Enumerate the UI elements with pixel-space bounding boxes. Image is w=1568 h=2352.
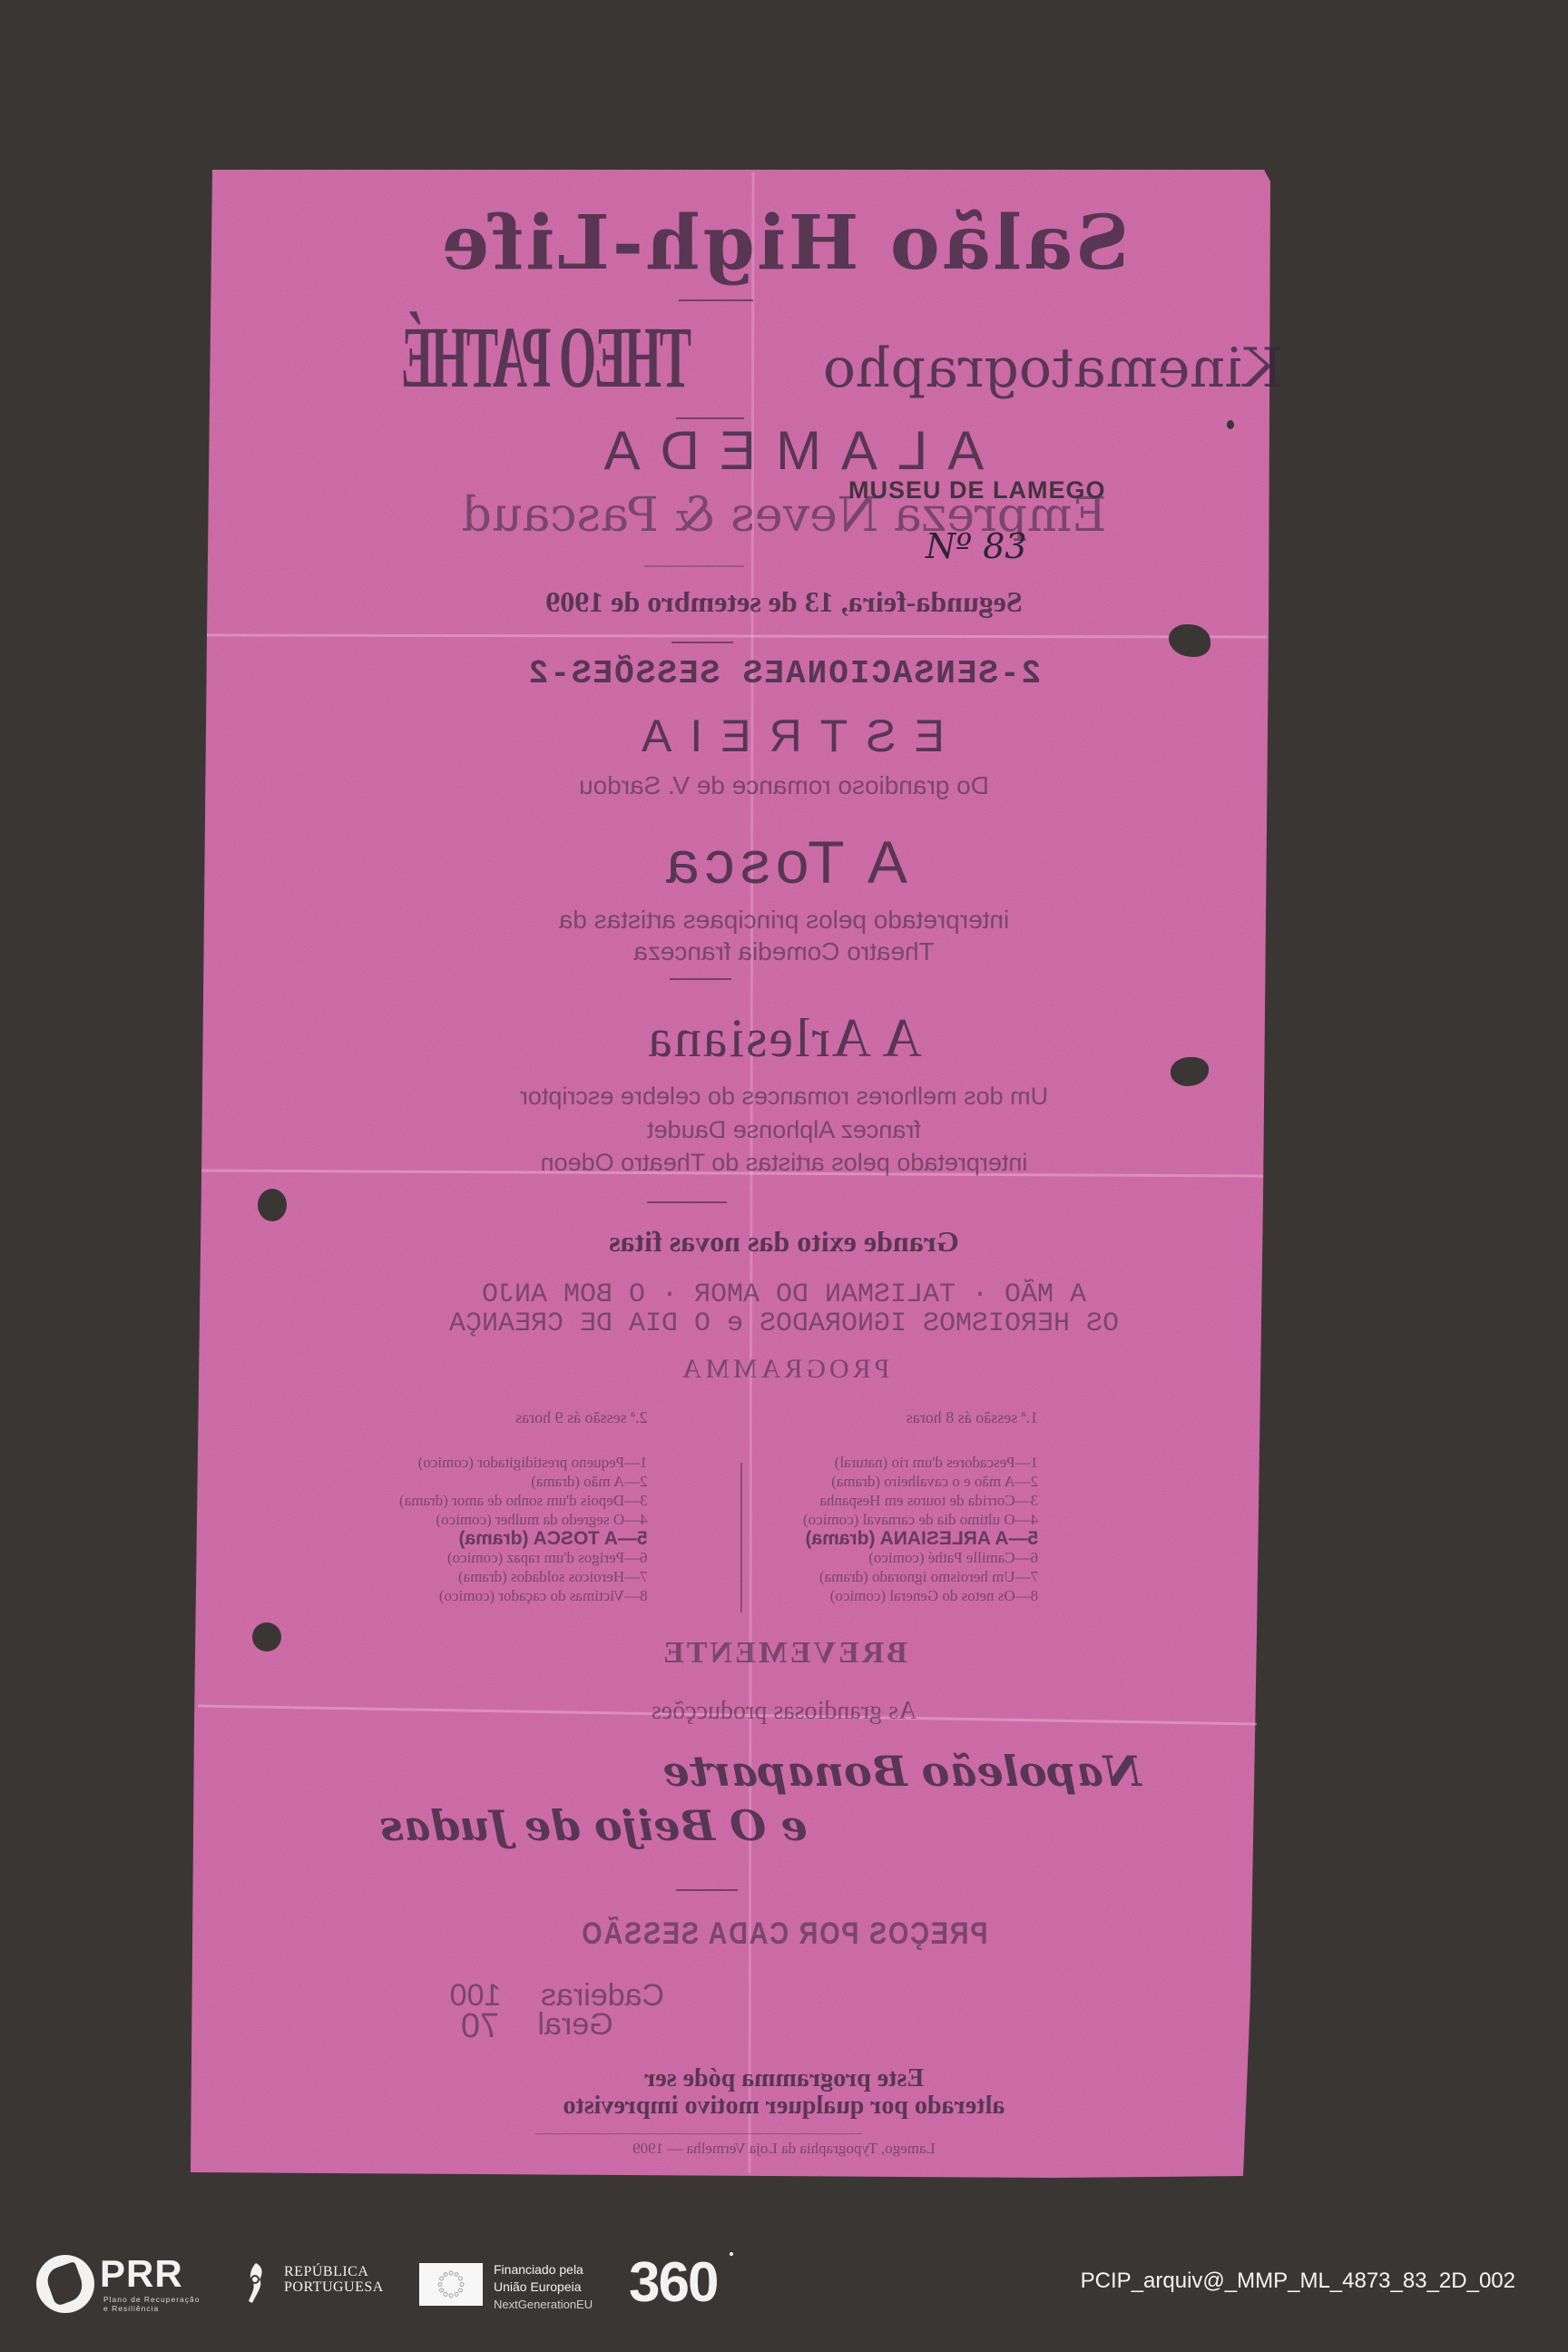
divider bbox=[670, 978, 731, 980]
session-2-item: 3—Depois d'um sonho de amor (drama) bbox=[399, 1491, 648, 1510]
session-1-item: 1—Pescadores d'um rio (natural) bbox=[803, 1453, 1038, 1472]
shortly-heading: BREVEMENTE bbox=[0, 1636, 1568, 1671]
prr-subtitle-line-2: e Resiliência bbox=[103, 2304, 200, 2313]
divider bbox=[535, 2133, 862, 2134]
upcoming-film-2: e O Beijo de Judas bbox=[0, 1801, 1377, 1850]
republica-portuguesa-emblem-icon bbox=[245, 2261, 265, 2305]
eu-line-2: União Europeia bbox=[494, 2278, 593, 2296]
programme-heading: PROGRAMMA bbox=[0, 1354, 1568, 1385]
subtitle-prefix: Kinematographo bbox=[823, 337, 1283, 400]
funding-footer: PRR Plano de Recuperação e Resiliência R… bbox=[0, 2214, 1568, 2352]
films-line-2: OS HEROISMOS IGNORADOS e O DIA DE CREANÇ… bbox=[0, 1308, 1568, 1339]
tosca-title: A Tosca bbox=[0, 828, 1568, 897]
prr-subtitle: Plano de Recuperação e Resiliência bbox=[103, 2295, 200, 2313]
session-2-column: 2.ª sessão ás 9 horas 1—Pequeno prestidi… bbox=[399, 1408, 648, 1605]
session-2-item: 8—Victimas do caçador (comico) bbox=[399, 1586, 648, 1605]
divider bbox=[676, 1889, 738, 1891]
prr-logo-text: PRR bbox=[100, 2252, 183, 2296]
price-value-2: 70 bbox=[0, 2007, 1264, 2046]
printer-line: Lamego, Typographia da Loja Vermelha — 1… bbox=[0, 2140, 1568, 2158]
republica-portuguesa-text: REPÚBLICA PORTUGUESA bbox=[284, 2264, 384, 2295]
column-divider bbox=[740, 1463, 742, 1612]
session-1-item: 4—O ultimo dia de carnaval (comico) bbox=[803, 1510, 1038, 1529]
tosca-desc-1: interpretado pelos principaes artistas d… bbox=[0, 906, 1568, 935]
session-1-item: 6—Camille Pathé (comico) bbox=[803, 1548, 1038, 1567]
divider bbox=[644, 565, 744, 567]
date-line: Segunda-feira, 13 de setembro de 1909 bbox=[0, 585, 1568, 619]
shortly-sub: As grandiosas producções bbox=[0, 1697, 1568, 1726]
eu-funding-text: Financiado pela União Europeia NextGener… bbox=[494, 2261, 593, 2313]
divider bbox=[679, 299, 753, 301]
arlesiana-title: A Arlesiana bbox=[0, 1007, 1568, 1070]
session-1-item: 3—Corrida de touros em Hespanha bbox=[803, 1491, 1038, 1510]
session-1-item: 7—Um heroismo ignorado (drama) bbox=[803, 1567, 1038, 1586]
session-1-column: 1.ª sessão ás 8 horas 1—Pescadores d'um … bbox=[803, 1408, 1038, 1605]
disclaimer-1: Este programma póde ser bbox=[0, 2064, 1568, 2093]
brand-360-dot bbox=[730, 2252, 733, 2256]
premiere-line: ESTREIA bbox=[0, 710, 1568, 762]
subtitle-brand: THEO PATHÉ bbox=[403, 307, 691, 407]
punch-hole bbox=[258, 1189, 287, 1221]
upcoming-film-1: Napoleão Bonaparte bbox=[118, 1747, 1568, 1796]
session-2-item: 2—A mão (drama) bbox=[399, 1472, 648, 1491]
eu-line-3: NextGenerationEU bbox=[494, 2296, 593, 2313]
brand-360-logo: 360 bbox=[629, 2250, 717, 2315]
prices-heading: PREÇOS POR CADA SESSÃO bbox=[118, 1916, 1451, 1952]
session-1-item: 2—A mão e o cavalheiro (drama) bbox=[803, 1472, 1038, 1491]
success-line: Grande exito das novas fitas bbox=[0, 1225, 1568, 1259]
session-1-item: 8—Os netos do General (comico) bbox=[803, 1586, 1038, 1605]
session-1-heading: 1.ª sessão ás 8 horas bbox=[803, 1408, 1038, 1427]
archive-identifier: PCIP_arquiv@_MMP_ML_4873_83_2D_002 bbox=[1081, 2269, 1515, 2294]
handwritten-number: Nº 83 bbox=[926, 526, 1027, 566]
tosca-intro: Do grandioso romance de V. Sardou bbox=[0, 771, 1568, 800]
company: Empreza Neves & Pascaud bbox=[0, 488, 1568, 543]
disclaimer-2: alterado por qualquer motivo imprevisto bbox=[0, 2092, 1568, 2121]
session-2-heading: 2.ª sessão ás 9 horas bbox=[399, 1408, 648, 1427]
republica-line-2: PORTUGUESA bbox=[284, 2279, 384, 2295]
archival-document: Salão High-Life Kinematographo THEO PATH… bbox=[0, 0, 1568, 2352]
arlesiana-desc-2: francez Alphonse Daudet bbox=[0, 1116, 1568, 1144]
location: ALAMEDA bbox=[0, 419, 1568, 482]
session-2-item: 4—O segredo da mulher (comico) bbox=[399, 1510, 648, 1529]
session-2-item: 1—Pequeno prestidigitador (comico) bbox=[399, 1453, 648, 1472]
prr-subtitle-line-1: Plano de Recuperação bbox=[103, 2295, 200, 2304]
films-line-1: A MÃO · TALISMAN DO AMOR · O BOM ANJO bbox=[0, 1279, 1568, 1310]
arlesiana-desc-1: Um dos melhores romances do celebre escr… bbox=[0, 1083, 1568, 1111]
session-2-item: 6—Perigos d'um rapaz (comico) bbox=[399, 1548, 648, 1567]
eu-line-1: Financiado pela bbox=[494, 2261, 593, 2278]
tosca-desc-2: Theatro Comedia franceza bbox=[0, 937, 1568, 966]
session-2-item: 7—Heroicos soldados (drama) bbox=[399, 1567, 648, 1586]
museum-stamp: MUSEU DE LAMEGO bbox=[848, 476, 1106, 505]
cinema-subtitle: Kinematographo THEO PATHÉ bbox=[0, 307, 1568, 407]
divider bbox=[647, 1201, 727, 1203]
arlesiana-desc-3: interpretado pelos artistas do Theatro O… bbox=[0, 1149, 1568, 1177]
eu-flag-icon bbox=[419, 2263, 483, 2306]
venue-title: Salão High-Life bbox=[0, 200, 1568, 287]
session-1-item: 5—A ARLESIANA (drama) bbox=[803, 1529, 1038, 1548]
divider bbox=[671, 642, 733, 643]
prr-logo-icon bbox=[36, 2255, 94, 2313]
session-2-item: 5—A TOSCA (drama) bbox=[399, 1529, 648, 1548]
republica-line-1: REPÚBLICA bbox=[284, 2264, 384, 2279]
sessions-line: 2-SENSACIONAES SESSÕES-2 bbox=[0, 655, 1568, 692]
